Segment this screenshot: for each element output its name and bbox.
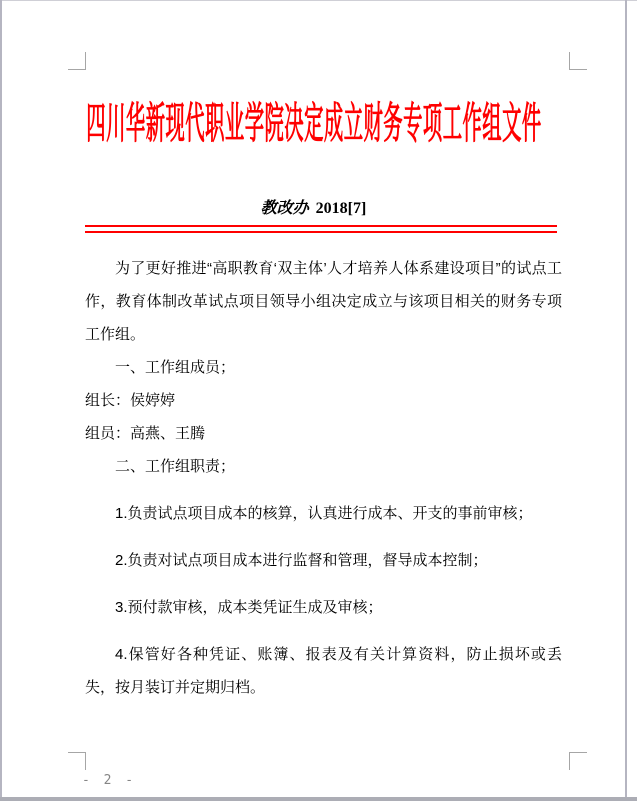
footer-page-number: - 2 - <box>82 773 136 788</box>
body-duty-item-3: 3.预付款审核，成本类凭证生成及审核； <box>85 591 562 624</box>
body-duty-item-1: 1.负责试点项目成本的核算，认真进行成本、开支的事前审核； <box>85 497 562 530</box>
body-duty-item-4: 4.保管好各种凭证、账簿、报表及有关计算资料，防止损坏或丢失，按月装订并定期归档… <box>85 638 562 704</box>
margin-crop-mark-top-left <box>68 52 86 70</box>
margin-crop-mark-top-right <box>569 52 587 70</box>
doc-number-value: 2018[7] <box>316 200 367 217</box>
doc-number-office: 教改办 <box>261 200 309 217</box>
margin-crop-mark-bottom-left <box>68 752 86 770</box>
body-heading-duties: 二、工作组职责； <box>85 450 562 483</box>
document-headline-wrap: 四川华新现代职业学院决定成立财务专项工作组文件 <box>2 100 625 148</box>
body-line-leader: 组长：侯婷婷 <box>85 384 562 417</box>
page-edge-bottom <box>0 797 637 801</box>
page-edge-top <box>0 0 637 1</box>
document-body: 为了更好推进“高职教育‘双主体’人才培养人体系建设项目”的试点工作，教育体制改革… <box>85 252 562 704</box>
body-paragraph-intro: 为了更好推进“高职教育‘双主体’人才培养人体系建设项目”的试点工作，教育体制改革… <box>85 252 562 351</box>
page-edge-right <box>625 0 627 798</box>
document-headline: 四川华新现代职业学院决定成立财务专项工作组文件 <box>86 100 541 148</box>
margin-crop-mark-bottom-right <box>569 752 587 770</box>
body-line-members: 组员：高燕、王腾 <box>85 417 562 450</box>
document-page[interactable]: 四川华新现代职业学院决定成立财务专项工作组文件 教改办2018[7] 为了更好推… <box>0 0 637 801</box>
red-double-rule <box>85 225 557 233</box>
body-duty-item-2: 2.负责对试点项目成本进行监督和管理，督导成本控制； <box>85 544 562 577</box>
doc-number-line: 教改办2018[7] <box>2 195 625 218</box>
body-heading-members: 一、工作组成员； <box>85 351 562 384</box>
